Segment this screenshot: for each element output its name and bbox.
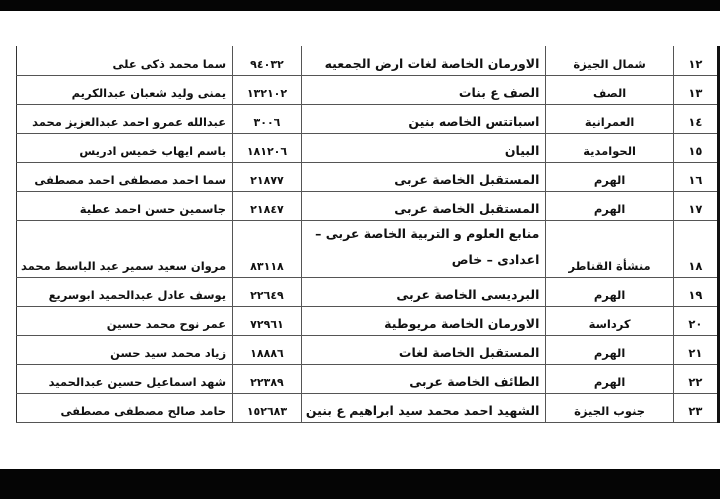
seat-number-cell: ٢٢٦٤٩	[233, 277, 302, 306]
seat-number-cell-text: ٩٤٠٣٢	[237, 58, 297, 75]
table-row: ١٧الهرمالمستقبل الخاصة عربى٢١٨٤٧جاسمين ح…	[17, 191, 719, 220]
document-page: ١٢شمال الجيزةالاورمان الخاصة لغات ارض ال…	[0, 11, 720, 469]
row-number: ١٤	[673, 104, 718, 133]
seat-number-cell: ١٥٢٦٨٣	[233, 393, 302, 422]
seat-number-cell-text: ٢١٨٤٧	[237, 203, 297, 220]
table-row: ١٨منشأة القناطرمنابع العلوم و التربية ال…	[17, 220, 719, 277]
administration-cell-text: الصف	[550, 86, 668, 104]
student-name-cell: يمنى وليد شعبان عبدالكريم	[17, 75, 233, 104]
administration-cell: العمرانية	[546, 104, 673, 133]
administration-cell: جنوب الجيزة	[546, 393, 673, 422]
table-row: ٢٠كرداسةالاورمان الخاصة مريوطية٧٢٩٦١عمر …	[17, 306, 719, 335]
seat-number-cell-text: ٧٢٩٦١	[237, 318, 297, 335]
school-cell: البيان	[301, 133, 546, 162]
school-cell-text: اسباتتس الخاصه بنين	[306, 114, 540, 133]
row-number: ٢٣	[673, 393, 718, 422]
administration-cell: الهرم	[546, 335, 673, 364]
row-number: ٢٢	[673, 364, 718, 393]
row-number-text: ١٦	[678, 173, 713, 191]
administration-cell: الحوامدية	[546, 133, 673, 162]
seat-number-cell: ١٨١٢٠٦	[233, 133, 302, 162]
row-number: ١٦	[673, 162, 718, 191]
seat-number-cell: ٩٤٠٣٢	[233, 46, 302, 75]
table-row: ٢١الهرمالمستقبل الخاصة لغات١٨٨٨٦زياد محم…	[17, 335, 719, 364]
row-number: ٢١	[673, 335, 718, 364]
seat-number-cell: ٣٠٠٦	[233, 104, 302, 133]
seat-number-cell: ٨٣١١٨	[233, 220, 302, 277]
school-cell-text: الاورمان الخاصة مريوطية	[306, 316, 540, 335]
seat-number-cell-text: ٣٠٠٦	[237, 116, 297, 133]
student-name-cell: مروان سعيد سمير عبد الباسط محمد	[17, 220, 233, 277]
school-cell: المستقبل الخاصة لغات	[301, 335, 546, 364]
administration-cell: الهرم	[546, 162, 673, 191]
administration-cell: الهرم	[546, 191, 673, 220]
school-cell: الاورمان الخاصة لغات ارض الجمعيه	[301, 46, 546, 75]
school-cell-text: المستقبل الخاصة لغات	[306, 345, 540, 364]
school-cell-text: منابع العلوم و التربية الخاصة عربى – اعد…	[306, 221, 540, 277]
table-row: ١٤العمرانيةاسباتتس الخاصه بنين٣٠٠٦عبدالل…	[17, 104, 719, 133]
administration-cell-text: شمال الجيزة	[550, 57, 668, 75]
administration-cell-text: الهرم	[550, 375, 668, 393]
administration-cell-text: الهرم	[550, 288, 668, 306]
bottom-black-bar	[0, 469, 720, 499]
administration-cell-text: الهرم	[550, 173, 668, 191]
student-name-cell-text: مروان سعيد سمير عبد الباسط محمد	[21, 259, 226, 277]
student-name-cell-text: باسم ايهاب خميس ادريس	[21, 144, 226, 162]
school-cell: الطائف الخاصة عربى	[301, 364, 546, 393]
school-cell-text: الصف ع بنات	[306, 85, 540, 104]
student-name-cell: سما محمد ذكى على	[17, 46, 233, 75]
table-row: ١٥الحوامديةالبيان١٨١٢٠٦باسم ايهاب خميس ا…	[17, 133, 719, 162]
seat-number-cell-text: ٨٣١١٨	[237, 260, 297, 277]
school-cell: الصف ع بنات	[301, 75, 546, 104]
results-table: ١٢شمال الجيزةالاورمان الخاصة لغات ارض ال…	[16, 46, 720, 423]
school-cell: اسباتتس الخاصه بنين	[301, 104, 546, 133]
row-number: ١٧	[673, 191, 718, 220]
row-number-text: ٢٠	[678, 317, 713, 335]
seat-number-cell-text: ٢١٨٧٧	[237, 174, 297, 191]
seat-number-cell: ٧٢٩٦١	[233, 306, 302, 335]
school-cell-text: الاورمان الخاصة لغات ارض الجمعيه	[306, 56, 540, 75]
seat-number-cell-text: ١٣٢١٠٢	[237, 87, 297, 104]
student-name-cell: شهد اسماعيل حسين عبدالحميد	[17, 364, 233, 393]
administration-cell-text: العمرانية	[550, 115, 668, 133]
row-number-text: ١٢	[678, 57, 713, 75]
student-name-cell: جاسمين حسن احمد عطية	[17, 191, 233, 220]
row-number: ١٣	[673, 75, 718, 104]
school-cell: منابع العلوم و التربية الخاصة عربى – اعد…	[301, 220, 546, 277]
student-name-cell-text: عمر نوح محمد حسين	[21, 317, 226, 335]
student-name-cell: باسم ايهاب خميس ادريس	[17, 133, 233, 162]
seat-number-cell-text: ١٥٢٦٨٣	[237, 405, 297, 422]
seat-number-cell: ١٣٢١٠٢	[233, 75, 302, 104]
student-name-cell-text: سما احمد مصطفى احمد مصطفى	[21, 173, 226, 191]
row-number-text: ١٣	[678, 86, 713, 104]
administration-cell: منشأة القناطر	[546, 220, 673, 277]
school-cell: الاورمان الخاصة مريوطية	[301, 306, 546, 335]
school-cell-text: الشهيد احمد محمد سيد ابراهيم ع بنين	[306, 403, 540, 422]
student-name-cell: زياد محمد سيد حسن	[17, 335, 233, 364]
table-row: ١٣الصفالصف ع بنات١٣٢١٠٢يمنى وليد شعبان ع…	[17, 75, 719, 104]
row-number: ١٩	[673, 277, 718, 306]
row-number-text: ١٧	[678, 202, 713, 220]
school-cell-text: البرديسى الخاصة عربى	[306, 287, 540, 306]
student-name-cell-text: عبدالله عمرو احمد عبدالعزيز محمد	[21, 115, 226, 133]
student-name-cell-text: شهد اسماعيل حسين عبدالحميد	[21, 375, 226, 393]
row-number: ١٨	[673, 220, 718, 277]
row-number-text: ١٤	[678, 115, 713, 133]
student-name-cell: سما احمد مصطفى احمد مصطفى	[17, 162, 233, 191]
row-number-text: ١٥	[678, 144, 713, 162]
student-name-cell-text: يمنى وليد شعبان عبدالكريم	[21, 86, 226, 104]
administration-cell: شمال الجيزة	[546, 46, 673, 75]
school-cell: الشهيد احمد محمد سيد ابراهيم ع بنين	[301, 393, 546, 422]
seat-number-cell-text: ١٨٨٨٦	[237, 347, 297, 364]
school-cell: المستقبل الخاصة عربى	[301, 162, 546, 191]
administration-cell: الهرم	[546, 277, 673, 306]
table-row: ١٢شمال الجيزةالاورمان الخاصة لغات ارض ال…	[17, 46, 719, 75]
school-cell: البرديسى الخاصة عربى	[301, 277, 546, 306]
student-name-cell-text: جاسمين حسن احمد عطية	[21, 202, 226, 220]
seat-number-cell: ١٨٨٨٦	[233, 335, 302, 364]
table-row: ١٦الهرمالمستقبل الخاصة عربى٢١٨٧٧سما احمد…	[17, 162, 719, 191]
student-name-cell-text: زياد محمد سيد حسن	[21, 346, 226, 364]
seat-number-cell: ٢١٨٧٧	[233, 162, 302, 191]
administration-cell-text: الهرم	[550, 202, 668, 220]
administration-cell-text: الحوامدية	[550, 144, 668, 162]
row-number-text: ١٩	[678, 288, 713, 306]
student-name-cell: عمر نوح محمد حسين	[17, 306, 233, 335]
administration-cell-text: كرداسة	[550, 317, 668, 335]
school-cell-text: المستقبل الخاصة عربى	[306, 201, 540, 220]
school-cell: المستقبل الخاصة عربى	[301, 191, 546, 220]
school-cell-text: البيان	[306, 143, 540, 162]
top-black-bar	[0, 0, 720, 11]
row-number: ١٢	[673, 46, 718, 75]
school-cell-text: الطائف الخاصة عربى	[306, 374, 540, 393]
row-number: ١٥	[673, 133, 718, 162]
administration-cell-text: جنوب الجيزة	[550, 404, 668, 422]
school-cell-text: المستقبل الخاصة عربى	[306, 172, 540, 191]
administration-cell-text: الهرم	[550, 346, 668, 364]
seat-number-cell-text: ١٨١٢٠٦	[237, 145, 297, 162]
seat-number-cell: ٢٢٣٨٩	[233, 364, 302, 393]
student-name-cell: عبدالله عمرو احمد عبدالعزيز محمد	[17, 104, 233, 133]
seat-number-cell: ٢١٨٤٧	[233, 191, 302, 220]
administration-cell-text: منشأة القناطر	[550, 259, 668, 277]
table-row: ٢٣جنوب الجيزةالشهيد احمد محمد سيد ابراهي…	[17, 393, 719, 422]
row-number-text: ١٨	[678, 259, 713, 277]
administration-cell: الصف	[546, 75, 673, 104]
student-name-cell: حامد صالح مصطفى مصطفى	[17, 393, 233, 422]
table-row: ١٩الهرمالبرديسى الخاصة عربى٢٢٦٤٩يوسف عاد…	[17, 277, 719, 306]
administration-cell: كرداسة	[546, 306, 673, 335]
row-number-text: ٢١	[678, 346, 713, 364]
row-number-text: ٢٣	[678, 404, 713, 422]
seat-number-cell-text: ٢٢٦٤٩	[237, 289, 297, 306]
row-number-text: ٢٢	[678, 375, 713, 393]
seat-number-cell-text: ٢٢٣٨٩	[237, 376, 297, 393]
row-number: ٢٠	[673, 306, 718, 335]
student-name-cell-text: حامد صالح مصطفى مصطفى	[21, 404, 226, 422]
student-name-cell-text: يوسف عادل عبدالحميد ابوسريع	[21, 288, 226, 306]
table-row: ٢٢الهرمالطائف الخاصة عربى٢٢٣٨٩شهد اسماعي…	[17, 364, 719, 393]
student-name-cell-text: سما محمد ذكى على	[21, 57, 226, 75]
student-name-cell: يوسف عادل عبدالحميد ابوسريع	[17, 277, 233, 306]
administration-cell: الهرم	[546, 364, 673, 393]
